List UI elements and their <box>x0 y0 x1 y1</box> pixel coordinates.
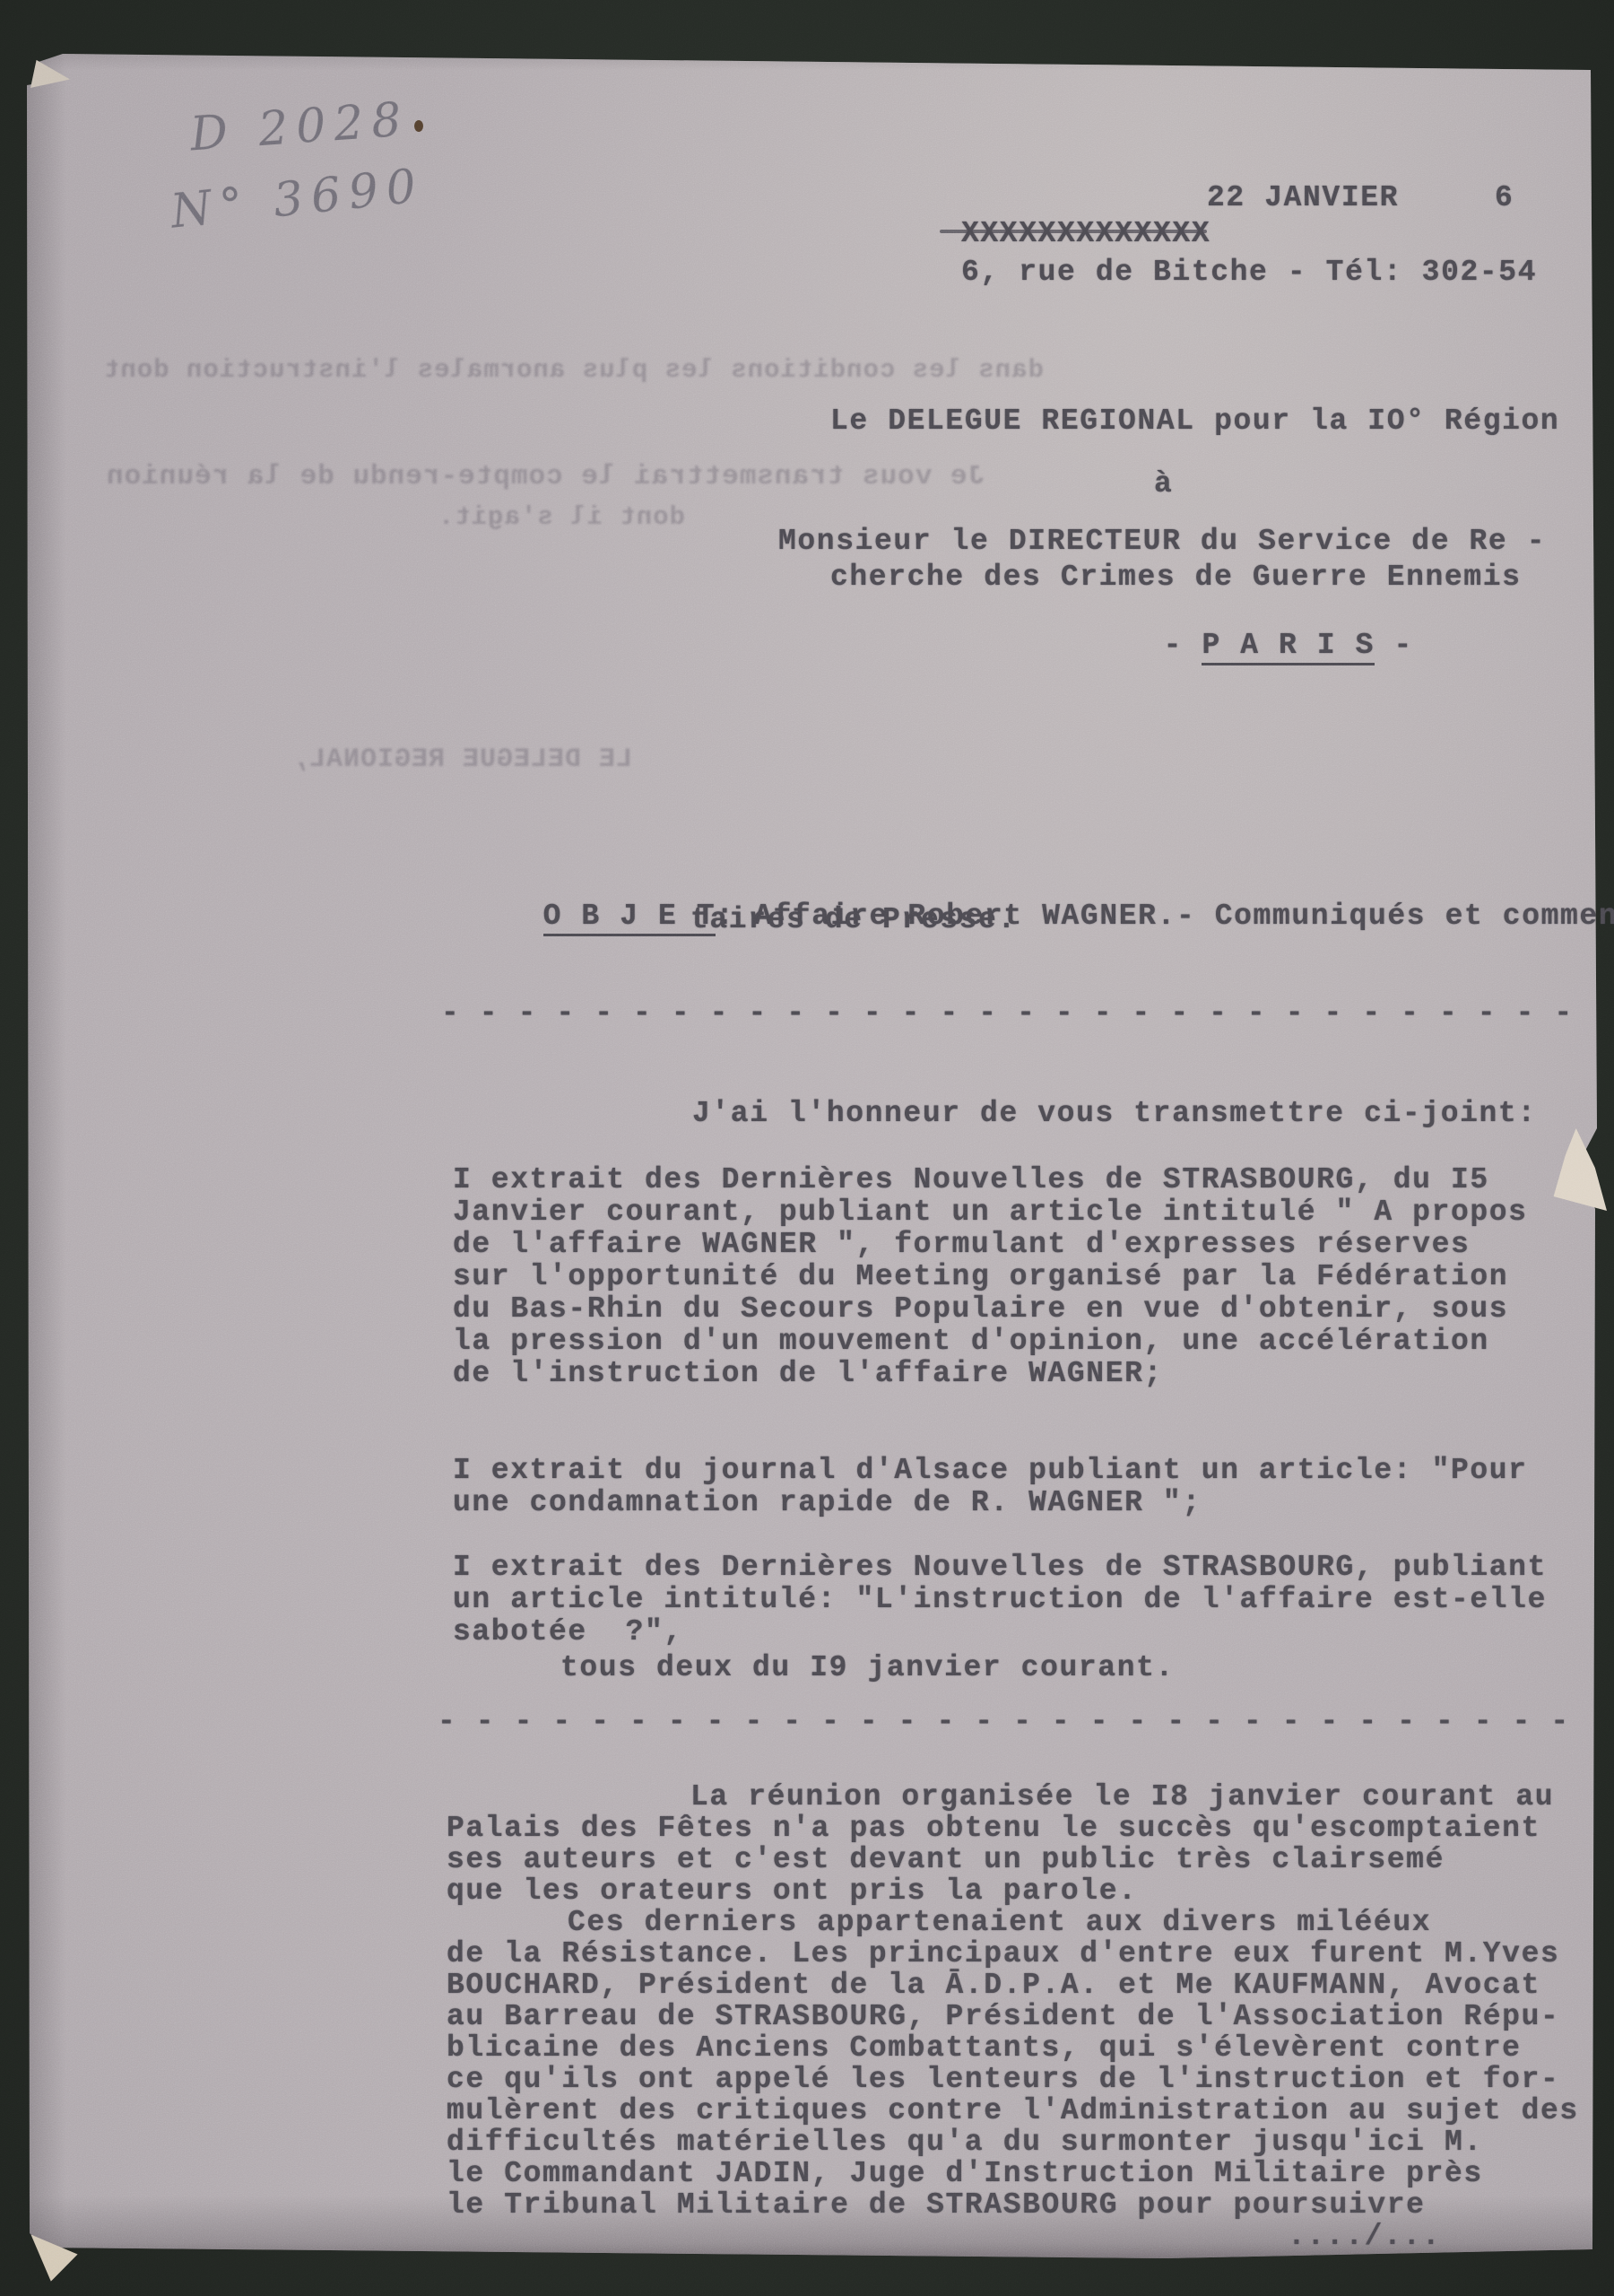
city-dash-suffix: - <box>1375 629 1413 662</box>
body-line: un article intitulé: "L'instruction de l… <box>453 1584 1547 1616</box>
body-line: la pression d'un mouvement d'opinion, un… <box>453 1326 1489 1358</box>
body-line: Ces derniers appartenaient aux divers mi… <box>568 1907 1431 1939</box>
body-line: au Barreau de STRASBOURG, Président de l… <box>447 2001 1559 2033</box>
subject-line-2: taires de Presse. <box>690 904 1017 936</box>
body-line: sabotée ?", <box>453 1616 683 1648</box>
recipient-line-2: cherche des Crimes de Guerre Ennemis <box>830 561 1522 594</box>
body-line: une condamnation rapide de R. WAGNER "; <box>453 1487 1202 1519</box>
body-line: le Tribunal Militaire de STRASBOURG pour… <box>447 2189 1426 2222</box>
body-line: Janvier courant, publiant un article int… <box>453 1196 1528 1229</box>
intro-line: J'ai l'honneur de vous transmettre ci-jo… <box>692 1098 1537 1130</box>
to-particle: à <box>1154 468 1173 500</box>
recipient-line-1: Monsieur le DIRECTEUR du Service de Re - <box>778 526 1546 558</box>
body-line: I extrait du journal d'Alsace publiant u… <box>453 1455 1528 1487</box>
bleedthrough-line: dans les conditions les plus anormales l… <box>103 355 1044 385</box>
bleedthrough-line: Je vous transmettrai le compte-rendu de … <box>106 461 985 492</box>
body-line: mulèrent des critiques contre l'Administ… <box>447 2095 1579 2127</box>
sender-title-line: Le DELEGUE REGIONAL pour la IO° Région <box>830 405 1559 438</box>
continuation-mark: ..../... <box>1288 2221 1441 2253</box>
dashed-separator: - - - - - - - - - - - - - - - - - - - - … <box>441 997 1574 1030</box>
recipient-city-line: - P A R I S - <box>1087 597 1413 694</box>
body-line: blicaine des Anciens Combattants, qui s'… <box>447 2032 1522 2065</box>
body-line: de la Résistance. Les principaux d'entre… <box>447 1938 1559 1970</box>
body-line: du Bas-Rhin du Secours Populaire en vue … <box>453 1293 1508 1326</box>
body-line: La réunion organisée le I8 janvier coura… <box>690 1781 1554 1813</box>
body-line: de l'affaire WAGNER ", formulant d'expre… <box>453 1229 1470 1261</box>
body-line: de l'instruction de l'affaire WAGNER; <box>453 1358 1163 1390</box>
body-line: I extrait des Dernières Nouvelles de STR… <box>453 1552 1547 1584</box>
bleedthrough-line: LE DELEGUE REGIONAL, <box>291 744 632 775</box>
body-line: que les orateurs ont pris la parole. <box>447 1875 1138 1908</box>
body-line: difficultés matérielles qu'a du surmonte… <box>447 2126 1483 2159</box>
paper-edge-shadow-left <box>25 45 66 2260</box>
body-line: ce qu'ils ont appelé les lenteurs de l'i… <box>447 2064 1559 2096</box>
sender-address-line: 6, rue de Bitche - Tél: 302-54 <box>961 257 1537 289</box>
bleedthrough-line: dont il s'agit. <box>438 502 685 532</box>
crossed-out-line: XXXXXXXXXXXXX <box>961 218 1210 250</box>
body-line: le Commandant JADIN, Juge d'Instruction … <box>447 2158 1483 2190</box>
dashed-separator: - - - - - - - - - - - - - - - - - - - - … <box>438 1706 1570 1738</box>
city-dash-prefix: - <box>1164 629 1202 662</box>
ink-speck <box>414 120 423 132</box>
city-name: P A R I S <box>1202 629 1375 665</box>
scanned-document-page: D 2028 N° 3690 dans les conditions les p… <box>0 0 1614 2296</box>
body-line: Palais des Fêtes n'a pas obtenu le succè… <box>447 1813 1540 1845</box>
paper-edge-shadow-top <box>18 47 1605 70</box>
body-line: sur l'opportunité du Meeting organisé pa… <box>453 1261 1508 1293</box>
date-line: 22 JANVIER 6 <box>1207 182 1514 214</box>
body-line: I extrait des Dernières Nouvelles de STR… <box>453 1164 1489 1196</box>
body-line: tous deux du I9 janvier courant. <box>560 1652 1175 1684</box>
body-line: BOUCHARD, Président de la Ā.D.P.A. et Me… <box>447 1970 1540 2002</box>
body-line: ses auteurs et c'est devant un public tr… <box>447 1844 1445 1876</box>
subject-line: O B J E T: Affaire Robert WAGNER.- Commu… <box>466 868 1614 965</box>
